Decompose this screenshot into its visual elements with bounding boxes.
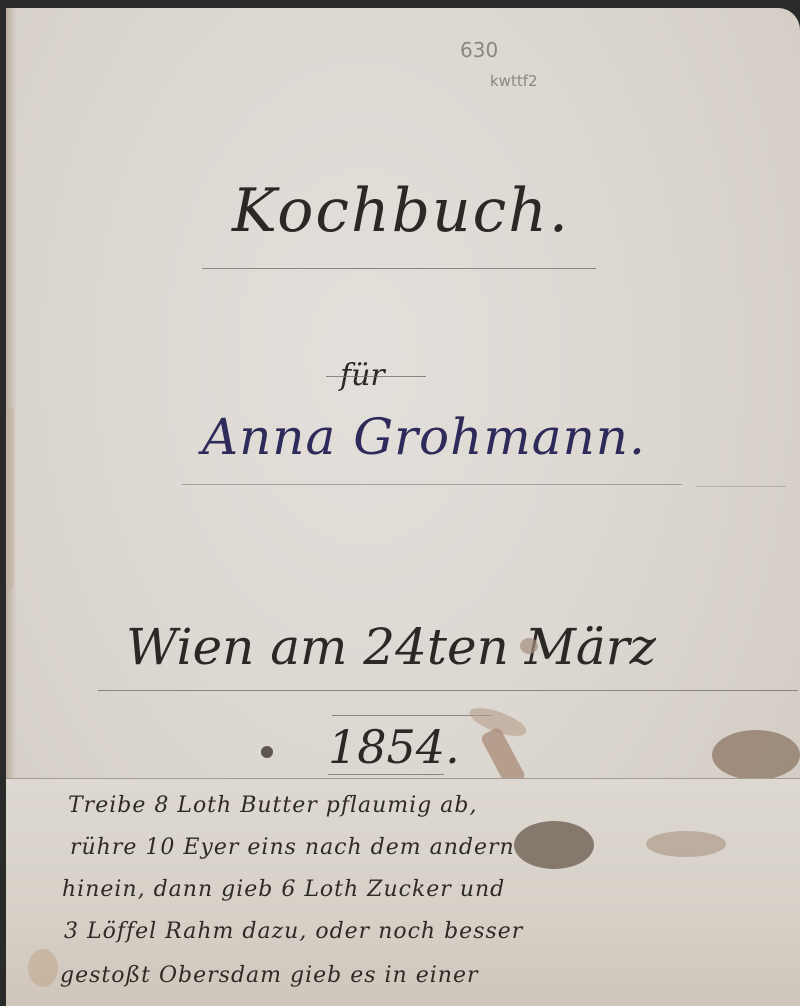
recipe-note-slip: Treibe 8 Loth Butter pflaumig ab, rühre … (6, 778, 800, 1006)
notebook-page: 630 kwttf2 Kochbuch. für Anna Grohmann. … (6, 8, 800, 1006)
pencil-note-code: kwttf2 (490, 72, 538, 90)
year-underline (328, 774, 444, 775)
faint-rule (696, 486, 786, 487)
recipe-line-2: rühre 10 Eyer eins nach dem andern (70, 835, 515, 860)
recipe-line-1: Treibe 8 Loth Butter pflaumig ab, (68, 793, 477, 818)
year: 1854. (328, 720, 460, 774)
corner-stain (712, 730, 800, 780)
owner-name: Anna Grohmann. (202, 408, 646, 466)
note-faint-stain (646, 831, 726, 857)
note-water-stain (28, 949, 58, 987)
owner-underline (182, 484, 682, 485)
recipe-line-4: 3 Löffel Rahm dazu, oder noch besser (64, 919, 523, 944)
title-underline (202, 268, 596, 269)
date-underline (98, 690, 798, 691)
title-kochbuch: Kochbuch. (232, 176, 570, 246)
ink-dot (261, 746, 273, 758)
recipe-line-5: gestoßt Obersdam gieb es in einer (60, 963, 478, 988)
place-date: Wien am 24ten März (126, 618, 656, 676)
year-overline (332, 715, 492, 716)
small-stain (520, 638, 538, 654)
dedication-underline (326, 376, 426, 377)
note-ink-blot (514, 821, 594, 869)
edge-spot (6, 408, 14, 588)
recipe-line-3: hinein, dann gieb 6 Loth Zucker und (62, 877, 505, 902)
pencil-note-number: 630 (460, 38, 498, 62)
